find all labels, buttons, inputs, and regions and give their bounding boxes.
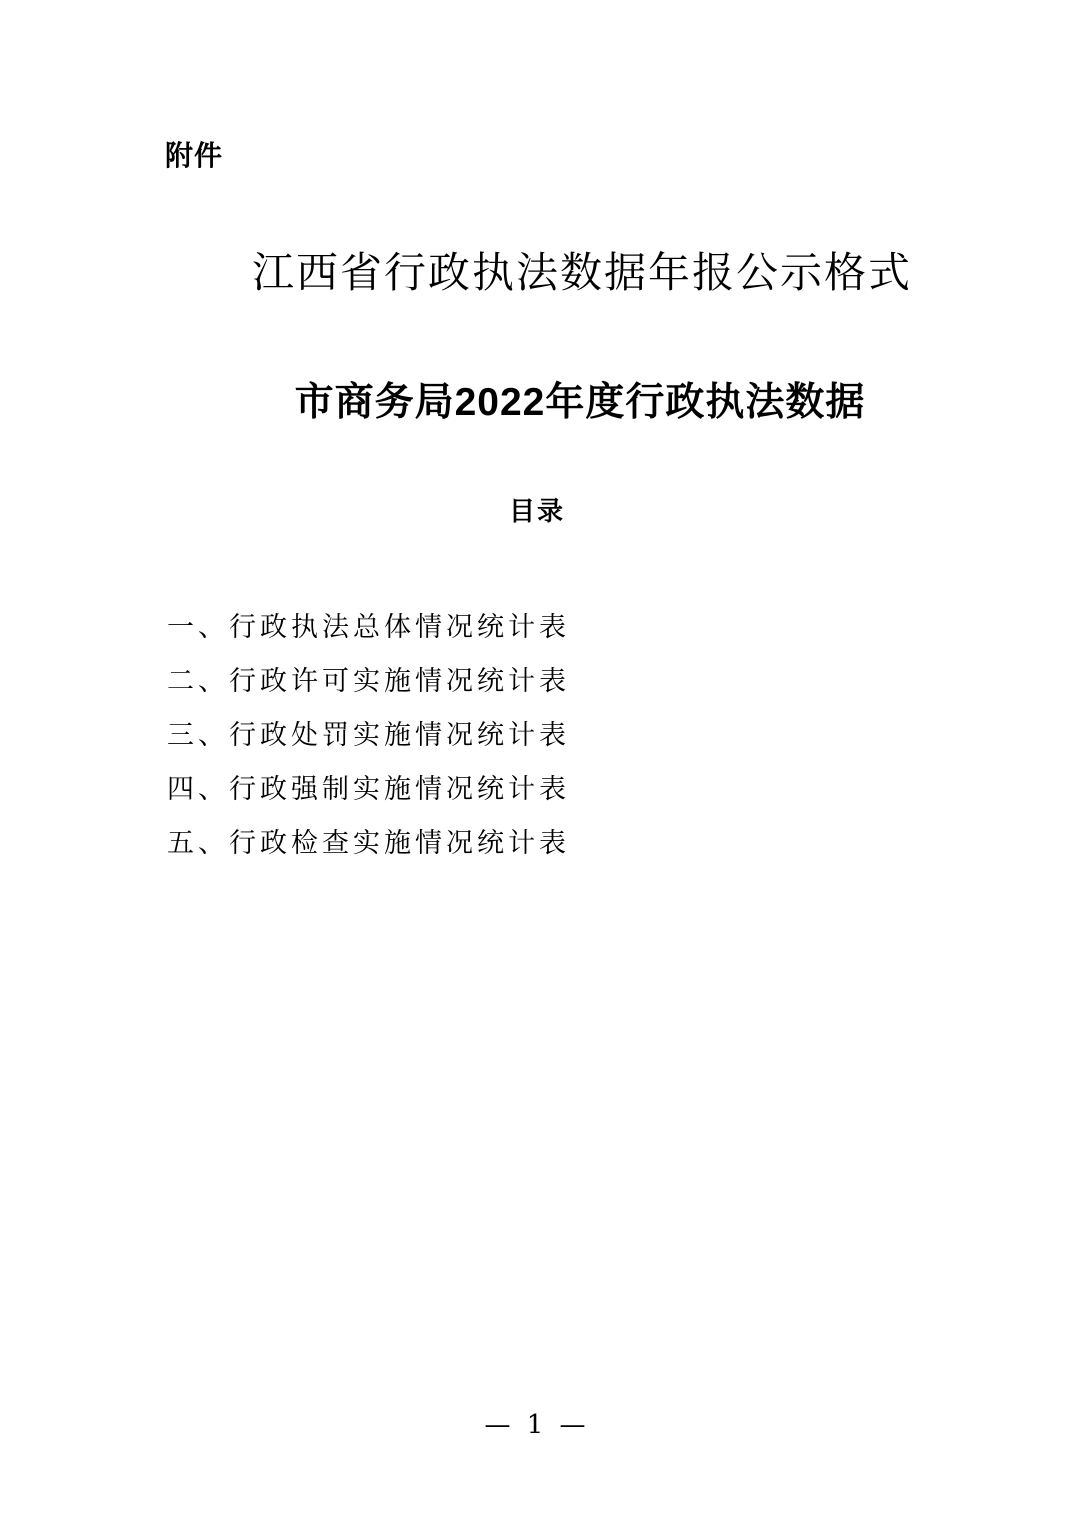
toc-item-2: 二、行政许可实施情况统计表 (167, 668, 570, 696)
toc-item-4: 四、行政强制实施情况统计表 (167, 776, 570, 804)
toc-list: 一、行政执法总体情况统计表 二、行政许可实施情况统计表 三、行政处罚实施情况统计… (167, 614, 570, 884)
page-number: — 1 — (0, 1412, 1074, 1438)
document-subtitle: 市商务局2022年度行政执法数据 (0, 383, 1074, 422)
toc-heading: 目录 (0, 498, 1074, 524)
toc-item-1: 一、行政执法总体情况统计表 (167, 614, 570, 642)
document-page: 附件 江西省行政执法数据年报公示格式 市商务局2022年度行政执法数据 目录 一… (0, 0, 1074, 1520)
toc-item-5: 五、行政检查实施情况统计表 (167, 830, 570, 858)
toc-item-3: 三、行政处罚实施情况统计表 (167, 722, 570, 750)
document-main-title: 江西省行政执法数据年报公示格式 (0, 252, 1074, 294)
attachment-label: 附件 (165, 142, 223, 170)
